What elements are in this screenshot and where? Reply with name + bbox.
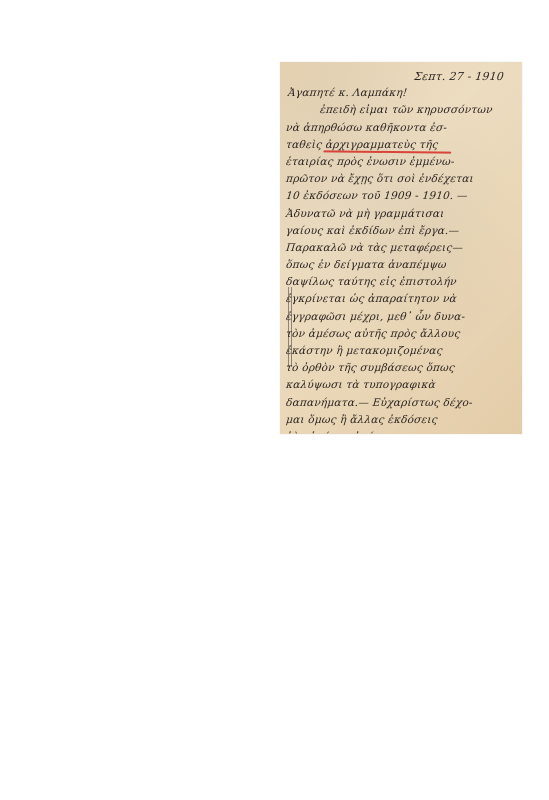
letter-line: ἐκάστην ἢ μετακομιζομένας [285,343,519,360]
letter-line: τὸν ἀμέσως αὐτῆς πρὸς ἄλλους [285,326,519,343]
letter-line: νὰ ἀπηρθώσω καθῆκοντα ἐσ- [285,120,519,137]
letter-line: γαίους καὶ ἐκδίδων ἐπὶ ἔργα.— [285,223,519,240]
letter-greeting: Ἀγαπητέ κ. Λαμπάκη! [285,85,519,102]
letter-line: ἐπειδὴ εἰμαι τῶν κηρυσσόντων [285,102,519,119]
letter-line: ἑταιρίας πρὸς ἐνωσιν ἐμμένω- [285,154,519,171]
letter-line: τὸ ὀρθὸν τῆς συμβάσεως ὅπως [285,360,519,377]
handwritten-letter-scan: Σεπτ. 27 - 1910 Ἀγαπητέ κ. Λαμπάκη! ἐπει… [280,62,522,434]
page-canvas: Σεπτ. 27 - 1910 Ἀγαπητέ κ. Λαμπάκη! ἐπει… [0,0,549,800]
letter-line: Ἀδυνατῶ νὰ μὴ γραμμάτισαι [285,206,519,223]
letter-line: ἐὰν ὑπάρχῃ ἀνάγκη. [285,429,519,434]
letter-line: ἐγκρίνεται ὡς ἀπαραίτητον νὰ [285,291,519,308]
letter-line: ἐγγραφῶσι μέχρι, μεθ᾽ ὧν δυνα- [285,309,519,326]
letter-text: Σεπτ. 27 - 1910 Ἀγαπητέ κ. Λαμπάκη! ἐπει… [286,68,518,434]
letter-line: δαψίλως ταύτης εἰς ἐπιστολήν [285,274,519,291]
letter-line: καλύψωσι τὰ τυπογραφικὰ [285,377,519,394]
letter-date: Σεπτ. 27 - 1910 [285,68,519,85]
letter-line: ὅπως ἐν δείγματα ἀναπέμψω [285,257,519,274]
letter-line: δαπανήματα.— Εὐχαρίστως δέχο- [285,395,519,412]
letter-line: πρῶτον νὰ ἔχῃς ὅτι σοὶ ἐνδέχεται [285,171,519,188]
letter-line: μαι ὅμως ἢ ἄλλας ἐκδόσεις [285,412,519,429]
red-underline [323,150,451,153]
letter-line: 10 ἐκδόσεων τοῦ 1909 - 1910. — [285,188,519,205]
letter-line: Παρακαλῶ νὰ τὰς μεταφέρεις— [285,240,519,257]
letter-line-text: ταθεὶς ἀρχιγραμματεὺς τῆς [285,139,439,151]
letter-line-underlined: ταθεὶς ἀρχιγραμματεὺς τῆς [285,137,519,154]
